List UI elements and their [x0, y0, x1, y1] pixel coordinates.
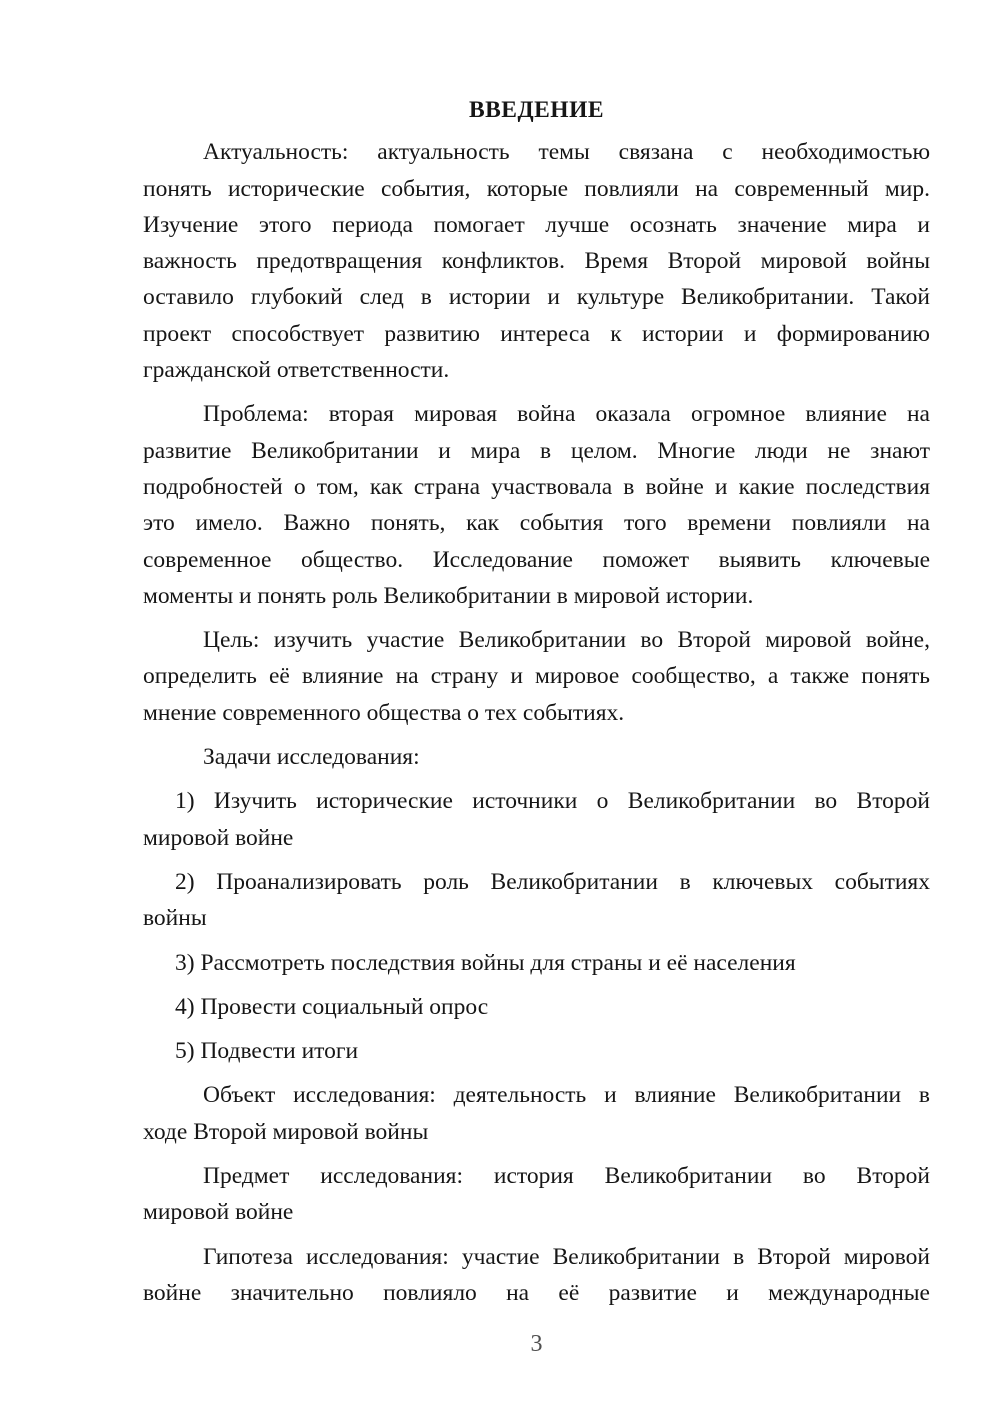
task-list-item: 1) Изучить исторические источники о Вели… [143, 783, 930, 856]
page-title: ВВЕДЕНИЕ [143, 92, 930, 128]
text-line: войны [143, 900, 930, 936]
text-line: войне значительно повлияло на её развити… [143, 1275, 930, 1311]
paragraph: Цель: изучить участие Великобритании во … [143, 622, 930, 731]
document-page: ВВЕДЕНИЕ Актуальность: актуальность темы… [0, 0, 1000, 1414]
page-number: 3 [143, 1326, 930, 1362]
paragraph: Проблема: вторая мировая война оказала о… [143, 396, 930, 614]
text-line: оставило глубокий след в истории и культ… [143, 279, 930, 315]
text-line: современное общество. Исследование помож… [143, 542, 930, 578]
text-line: Задачи исследования: [143, 739, 930, 775]
text-line: подробностей о том, как страна участвова… [143, 469, 930, 505]
task-list-item: 2) Проанализировать роль Великобритании … [143, 864, 930, 937]
text-line: Объект исследования: деятельность и влия… [143, 1077, 930, 1113]
text-line: ходе Второй мировой войны [143, 1114, 930, 1150]
text-line: Проблема: вторая мировая война оказала о… [143, 396, 930, 432]
text-line: это имело. Важно понять, как события тог… [143, 505, 930, 541]
paragraph: Актуальность: актуальность темы связана … [143, 134, 930, 388]
text-line: гражданской ответственности. [143, 352, 930, 388]
text-line: понять исторические события, которые пов… [143, 171, 930, 207]
text-line: проект способствует развитию интереса к … [143, 316, 930, 352]
paragraph: Объект исследования: деятельность и влия… [143, 1077, 930, 1150]
text-line: Цель: изучить участие Великобритании во … [143, 622, 930, 658]
task-list-item: 5) Подвести итоги [143, 1033, 930, 1069]
text-line: определить её влияние на страну и мирово… [143, 658, 930, 694]
text-line: 5) Подвести итоги [143, 1033, 930, 1069]
text-line: Гипотеза исследования: участие Великобри… [143, 1239, 930, 1275]
task-list-item: 3) Рассмотреть последствия войны для стр… [143, 945, 930, 981]
text-line: 4) Провести социальный опрос [143, 989, 930, 1025]
text-line: Изучение этого периода помогает лучше ос… [143, 207, 930, 243]
paragraph: Предмет исследования: история Великобрит… [143, 1158, 930, 1231]
text-line: мировой войне [143, 820, 930, 856]
text-line: мировой войне [143, 1194, 930, 1230]
text-line: развитие Великобритании и мира в целом. … [143, 433, 930, 469]
text-line: 3) Рассмотреть последствия войны для стр… [143, 945, 930, 981]
task-list-item: 4) Провести социальный опрос [143, 989, 930, 1025]
document-body: Актуальность: актуальность темы связана … [143, 134, 930, 1311]
paragraph: Задачи исследования: [143, 739, 930, 775]
text-line: Актуальность: актуальность темы связана … [143, 134, 930, 170]
text-line: Предмет исследования: история Великобрит… [143, 1158, 930, 1194]
paragraph: Гипотеза исследования: участие Великобри… [143, 1239, 930, 1312]
text-line: 1) Изучить исторические источники о Вели… [143, 783, 930, 819]
text-line: моменты и понять роль Великобритании в м… [143, 578, 930, 614]
text-line: 2) Проанализировать роль Великобритании … [143, 864, 930, 900]
text-line: важность предотвращения конфликтов. Врем… [143, 243, 930, 279]
text-line: мнение современного общества о тех событ… [143, 695, 930, 731]
